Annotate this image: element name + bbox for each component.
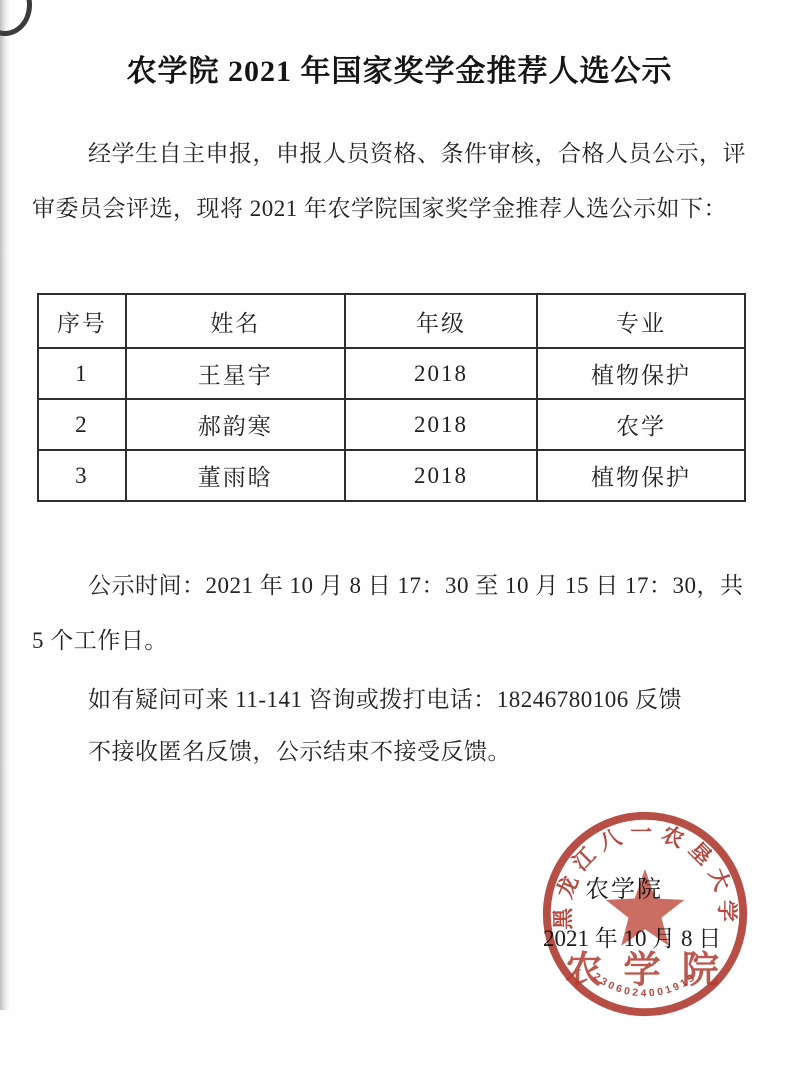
scan-edge-shadow [0, 0, 10, 1010]
cell-serial-no: 2 [38, 399, 126, 450]
header-grade: 年级 [345, 294, 537, 348]
recommendation-table: 序号 姓名 年级 专业 1 王星宇 2018 植物保护 2 郝韵寒 2018 农… [37, 293, 746, 502]
contact-line: 如有疑问可来 11-141 咨询或拨打电话：18246780106 反馈 [32, 674, 747, 726]
cell-name: 董雨晗 [126, 450, 345, 501]
official-seal: 黑龙江八一农垦大学 农 学 院 2306024001915 [537, 806, 753, 1022]
cell-serial-no: 3 [38, 450, 126, 501]
cell-name: 郝韵寒 [126, 399, 345, 450]
table-row: 2 郝韵寒 2018 农学 [38, 399, 745, 450]
scan-corner-artifact [0, 0, 32, 36]
header-major: 专业 [537, 294, 745, 348]
table-header-row: 序号 姓名 年级 专业 [38, 294, 745, 348]
cell-name: 王星宇 [126, 348, 345, 399]
publicity-time-line: 公示时间：2021 年 10 月 8 日 17：30 至 10 月 15 日 1… [32, 558, 747, 613]
publicity-time-paragraph: 公示时间：2021 年 10 月 8 日 17：30 至 10 月 15 日 1… [32, 558, 747, 668]
intro-line: 经学生自主申报，申报人员资格、条件审核，合格人员公示，评 [32, 126, 747, 181]
cell-major: 植物保护 [537, 348, 745, 399]
header-serial-no: 序号 [38, 294, 126, 348]
cell-grade: 2018 [345, 348, 537, 399]
table-row: 3 董雨晗 2018 植物保护 [38, 450, 745, 501]
seal-college-text: 农 学 院 [565, 950, 725, 992]
table-row: 1 王星宇 2018 植物保护 [38, 348, 745, 399]
contact-paragraph: 如有疑问可来 11-141 咨询或拨打电话：18246780106 反馈 不接收… [32, 674, 747, 778]
page-title: 农学院 2021 年国家奖学金推荐人选公示 [0, 46, 799, 90]
seal-serial-number: 2306024001915 [591, 971, 699, 999]
seal-ring [547, 816, 743, 1012]
cell-serial-no: 1 [38, 348, 126, 399]
signature-date: 2021 年 10 月 8 日 [543, 920, 748, 953]
intro-paragraph: 经学生自主申报，申报人员资格、条件审核，合格人员公示，评 审委员会评选，现将 2… [32, 126, 747, 236]
signature-org: 农学院 [585, 869, 665, 904]
cell-major: 农学 [537, 399, 745, 450]
cell-major: 植物保护 [537, 450, 745, 501]
scanned-document-page: 农学院 2021 年国家奖学金推荐人选公示 经学生自主申报，申报人员资格、条件审… [0, 0, 799, 1067]
header-name: 姓名 [126, 294, 345, 348]
publicity-time-line: 5 个工作日。 [32, 613, 747, 668]
intro-line: 审委员会评选，现将 2021 年农学院国家奖学金推荐人选公示如下： [32, 181, 747, 236]
cell-grade: 2018 [345, 399, 537, 450]
contact-line: 不接收匿名反馈，公示结束不接受反馈。 [32, 726, 747, 778]
cell-grade: 2018 [345, 450, 537, 501]
